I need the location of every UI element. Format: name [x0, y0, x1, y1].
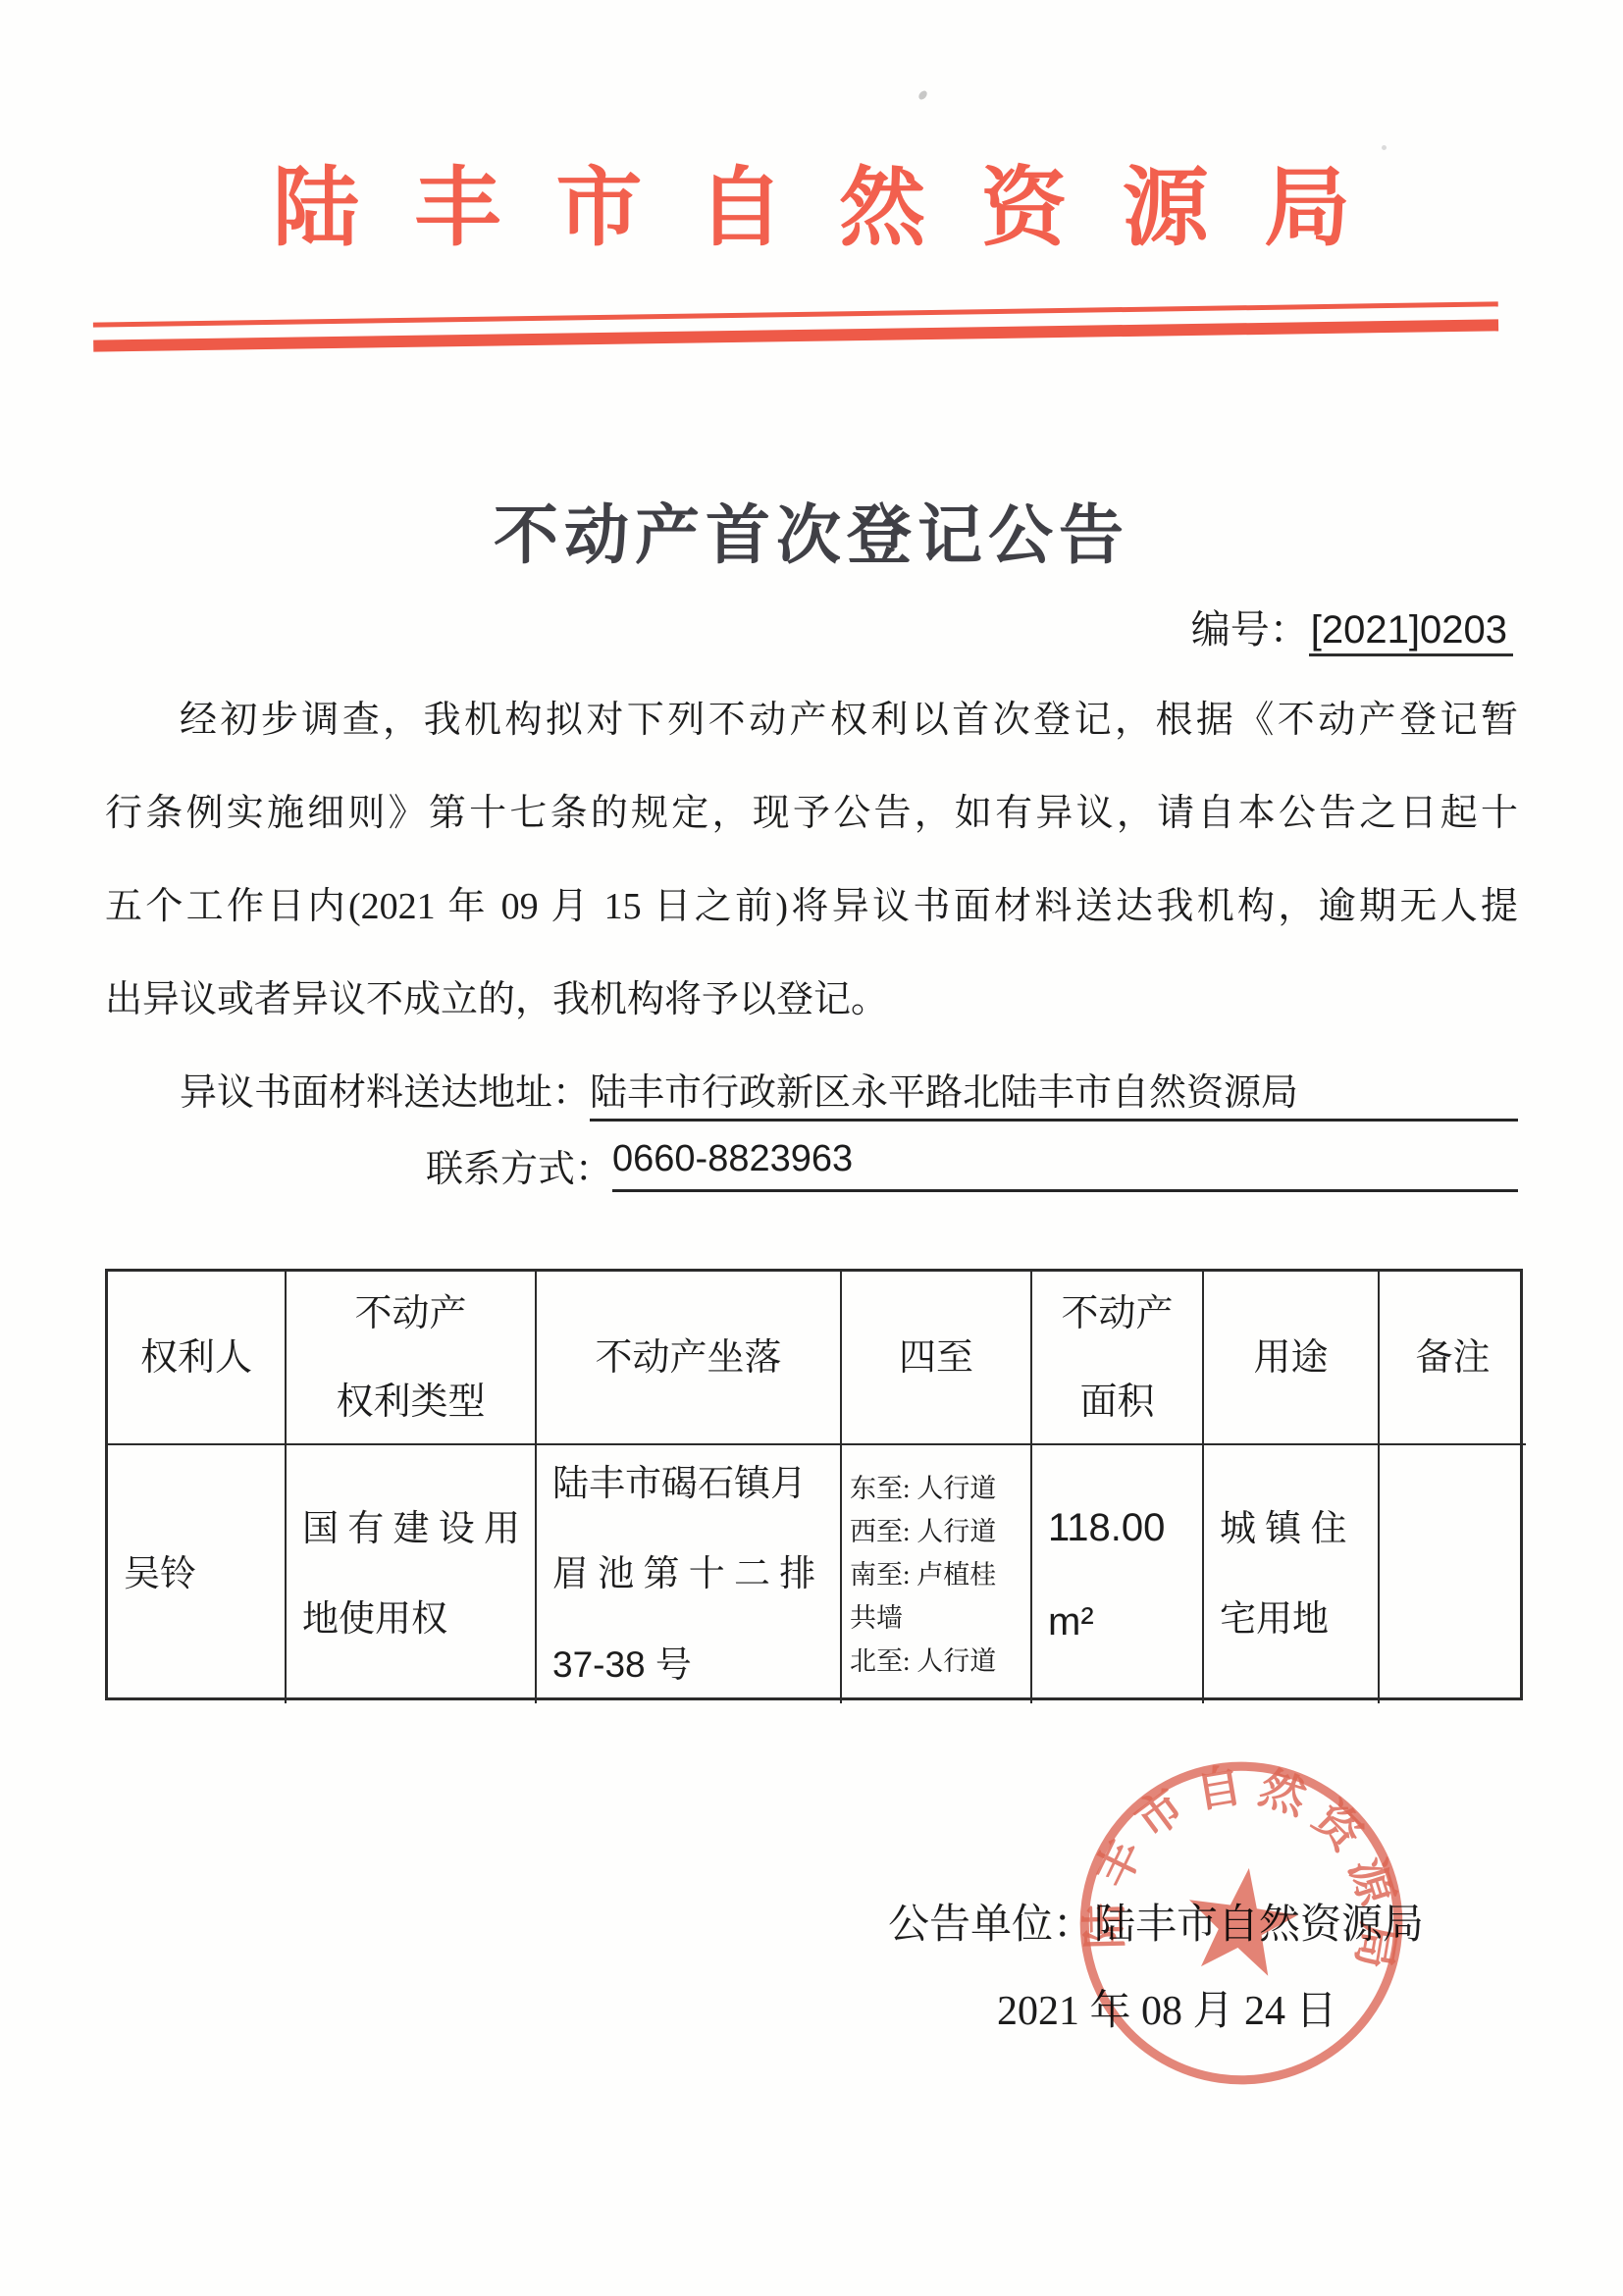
table-cell-location: 陆丰市碣石镇月 眉 池 第 十 二 排 37-38 号 — [537, 1445, 842, 1703]
scan-speck — [1382, 145, 1387, 150]
doc-number: 编号：[2021]0203 — [1191, 599, 1513, 654]
body-paragraph-line-4: 出异议或者异议不成立的，我机构将予以登记。 — [105, 968, 1518, 1029]
table-header-boundaries: 四至 — [842, 1272, 1032, 1445]
table-cell-right-type: 国 有 建 设 用 地使用权 — [287, 1445, 537, 1703]
table-header-usage: 用途 — [1204, 1272, 1380, 1445]
doc-number-label: 编号： — [1191, 607, 1309, 652]
table-cell-area: 118.00 m² — [1032, 1445, 1204, 1703]
scan-speck — [917, 89, 929, 101]
doc-number-value: [2021]0203 — [1309, 608, 1513, 656]
official-seal: 陆丰市自然资源局 — [1039, 1721, 1442, 2124]
table-header-location: 不动产坐落 — [537, 1272, 842, 1445]
letterhead-divider — [93, 301, 1498, 351]
letterhead-agency-title: 陆丰市自然资源局 — [0, 139, 1623, 263]
address-value: 陆丰市行政新区永平路北陆丰市自然资源局 — [590, 1062, 1518, 1122]
announcement-document: 陆丰市自然资源局 不动产首次登记公告 编号：[2021]0203 经初步调查，我… — [0, 0, 1623, 2296]
page-title: 不动产首次登记公告 — [0, 483, 1623, 576]
contact-line: 联系方式： 0660-8823963 — [426, 1138, 1518, 1192]
objection-address-line: 异议书面材料送达地址： 陆丰市行政新区永平路北陆丰市自然资源局 — [105, 1062, 1518, 1122]
table-header-remark: 备注 — [1380, 1272, 1526, 1445]
table-cell-boundaries: 东至: 人行道 西至: 人行道 南至: 卢植桂 共墙 北至: 人行道 — [842, 1445, 1032, 1703]
table-header-area: 不动产 面积 — [1032, 1272, 1204, 1445]
table-header-right-type: 不动产 权利类型 — [287, 1272, 537, 1445]
table-cell-usage: 城 镇 住 宅用地 — [1204, 1445, 1380, 1703]
contact-label: 联系方式： — [426, 1138, 612, 1192]
seal-star — [1180, 1860, 1303, 1979]
body-paragraph-line-3: 五个工作日内(2021 年 09 月 15 日之前)将异议书面材料送达我机构，逾… — [105, 875, 1518, 936]
table-cell-remark — [1380, 1445, 1526, 1703]
table-header-owner: 权利人 — [108, 1272, 287, 1445]
table-cell-owner: 吴铃 — [108, 1445, 287, 1703]
body-paragraph-line-2: 行条例实施细则》第十七条的规定，现予公告，如有异议，请自本公告之日起十 — [105, 782, 1518, 843]
contact-phone-value: 0660-8823963 — [612, 1138, 1518, 1192]
registration-table: 权利人 不动产 权利类型 不动产坐落 四至 不动产 面积 用途 备注 吴铃 国 … — [105, 1269, 1523, 1700]
body-paragraph-line-1: 经初步调查，我机构拟对下列不动产权利以首次登记，根据《不动产登记暂 — [105, 689, 1518, 750]
address-label: 异议书面材料送达地址： — [105, 1062, 590, 1122]
